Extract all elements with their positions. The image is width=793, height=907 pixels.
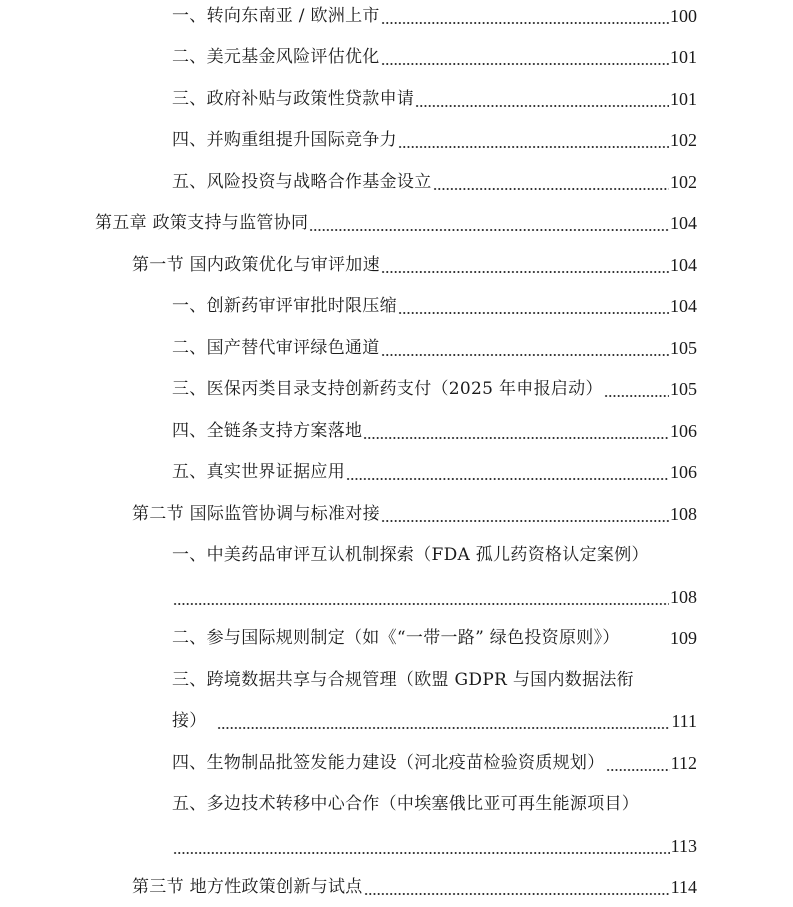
toc-entry-title: 第三节 地方性政策创新与试点	[132, 872, 363, 902]
dot-leader	[381, 333, 669, 363]
toc-entry-title: 一、中美药品审评互认机制探索（FDA 孤儿药资格认定案例）	[172, 540, 649, 570]
dot-leader	[381, 1, 669, 31]
toc-entry[interactable]: 五、真实世界证据应用 106	[172, 457, 697, 487]
dot-leader	[217, 706, 671, 736]
toc-entry-title: 五、真实世界证据应用	[172, 457, 345, 487]
toc-entry-continuation[interactable]: 113	[172, 831, 697, 861]
toc-entry-title: 二、美元基金风险评估优化	[172, 42, 380, 72]
toc-entry-title: 接）	[172, 706, 207, 736]
dot-leader	[381, 250, 669, 280]
toc-entry-title: 一、转向东南亚 / 欧洲上市	[172, 1, 380, 31]
toc-entry-title: 二、参与国际规则制定（如《“一带一路” 绿色投资原则》）	[172, 623, 620, 653]
toc-entry-continuation[interactable]: 接） 111	[172, 706, 697, 736]
toc-entry[interactable]: 二、美元基金风险评估优化 101	[172, 42, 697, 72]
toc-entry[interactable]: 三、政府补贴与政策性贷款申请 101	[172, 84, 697, 114]
dot-leader	[398, 291, 669, 321]
dot-leader	[364, 872, 670, 902]
dot-leader	[398, 125, 669, 155]
toc-entry-wrapped-line[interactable]: 三、跨境数据共享与合规管理（欧盟 GDPR 与国内数据法衔	[172, 665, 697, 695]
toc-entry-title: 五、多边技术转移中心合作（中埃塞俄比亚可再生能源项目）	[172, 789, 639, 819]
toc-entry-page: 106	[670, 457, 697, 487]
toc-entry-title: 一、创新药审评审批时限压缩	[172, 291, 397, 321]
toc-section-entry[interactable]: 第三节 地方性政策创新与试点 114	[132, 872, 697, 902]
dot-leader	[381, 42, 669, 72]
dot-leader	[363, 416, 669, 446]
toc-entry-page: 100	[670, 1, 697, 31]
toc-entry-title: 第五章 政策支持与监管协同	[95, 208, 308, 238]
toc-entry-page: 111	[671, 706, 697, 736]
toc-entry[interactable]: 四、全链条支持方案落地 106	[172, 416, 697, 446]
dot-leader	[309, 208, 669, 238]
toc-entry-wrapped-line[interactable]: 一、中美药品审评互认机制探索（FDA 孤儿药资格认定案例）	[172, 540, 697, 570]
toc-entry[interactable]: 四、生物制品批签发能力建设（河北疫苗检验资质规划） 112	[172, 748, 697, 778]
toc-entry-page: 101	[670, 84, 697, 114]
toc-entry-continuation[interactable]: 108	[172, 582, 697, 612]
dot-leader	[173, 582, 669, 612]
toc-entry-page: 101	[670, 42, 697, 72]
toc-entry-title: 五、风险投资与战略合作基金设立	[172, 167, 432, 197]
toc-entry[interactable]: 五、风险投资与战略合作基金设立 102	[172, 167, 697, 197]
toc-section-entry[interactable]: 第一节 国内政策优化与审评加速 104	[132, 250, 697, 280]
toc-entry-page: 113	[671, 831, 697, 861]
toc-entry-title: 三、医保丙类目录支持创新药支付（2025 年申报启动）	[172, 374, 603, 404]
toc-section-entry[interactable]: 第二节 国际监管协调与标准对接 108	[132, 499, 697, 529]
toc-entry-title: 第一节 国内政策优化与审评加速	[132, 250, 380, 280]
toc-entry-title: 三、跨境数据共享与合规管理（欧盟 GDPR 与国内数据法衔	[172, 665, 634, 695]
toc-entry-page: 114	[671, 872, 697, 902]
toc-entry-title: 二、国产替代审评绿色通道	[172, 333, 380, 363]
toc-entry-page: 105	[670, 333, 697, 363]
dot-leader	[173, 831, 670, 861]
dot-leader	[433, 167, 670, 197]
toc-entry-page: 112	[671, 748, 697, 778]
toc-entry-page: 109	[670, 623, 697, 653]
toc-entry-page: 104	[670, 250, 697, 280]
toc-entry[interactable]: 四、并购重组提升国际竞争力 102	[172, 125, 697, 155]
toc-entry-wrapped-line[interactable]: 五、多边技术转移中心合作（中埃塞俄比亚可再生能源项目）	[172, 789, 697, 819]
toc-entry-title: 四、生物制品批签发能力建设（河北疫苗检验资质规划）	[172, 748, 605, 778]
dot-leader	[381, 499, 669, 529]
toc-entry[interactable]: 二、参与国际规则制定（如《“一带一路” 绿色投资原则》） 109	[172, 623, 697, 653]
dot-leader	[606, 748, 670, 778]
toc-entry-page: 106	[670, 416, 697, 446]
toc-entry-title: 四、全链条支持方案落地	[172, 416, 362, 446]
toc-entry[interactable]: 三、医保丙类目录支持创新药支付（2025 年申报启动） 105	[172, 374, 697, 404]
toc-entry-page: 108	[670, 582, 697, 612]
toc-entry-title: 四、并购重组提升国际竞争力	[172, 125, 397, 155]
toc-entry-title: 三、政府补贴与政策性贷款申请	[172, 84, 414, 114]
toc-entry-page: 104	[670, 208, 697, 238]
toc-entry[interactable]: 二、国产替代审评绿色通道 105	[172, 333, 697, 363]
toc-chapter-entry[interactable]: 第五章 政策支持与监管协同 104	[95, 208, 697, 238]
toc-entry-page: 108	[670, 499, 697, 529]
dot-leader	[346, 457, 669, 487]
toc-entry-title: 第二节 国际监管协调与标准对接	[132, 499, 380, 529]
dot-leader	[604, 374, 669, 404]
toc-entry-page: 104	[670, 291, 697, 321]
toc-entry-page: 102	[670, 167, 697, 197]
toc-entry[interactable]: 一、创新药审评审批时限压缩 104	[172, 291, 697, 321]
toc-entry-page: 102	[670, 125, 697, 155]
dot-leader	[415, 84, 669, 114]
toc-entry-page: 105	[670, 374, 697, 404]
toc-entry[interactable]: 一、转向东南亚 / 欧洲上市 100	[172, 1, 697, 31]
